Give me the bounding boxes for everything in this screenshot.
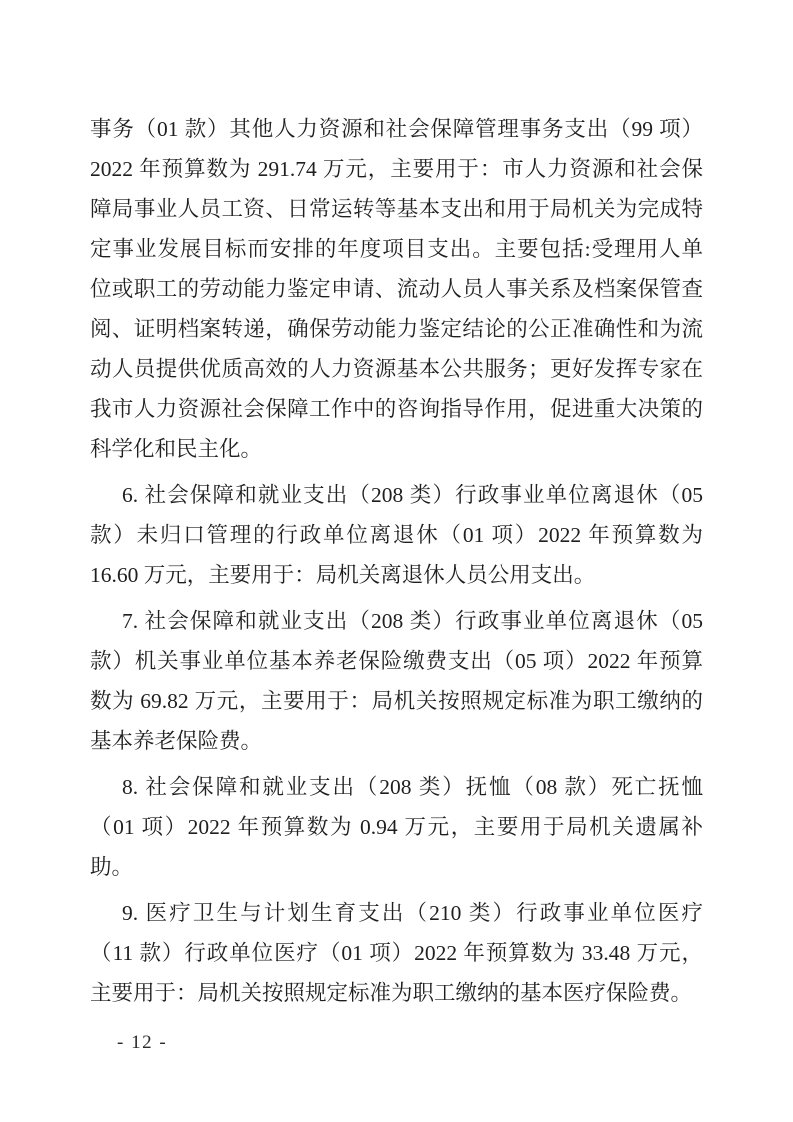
text-line: 定事业发展目标而安排的年度项目支出。主要包括:受理用人单 — [90, 229, 703, 269]
page-number: - 12 - — [117, 1032, 167, 1053]
text-line: （11 款）行政单位医疗（01 项）2022 年预算数为 33.48 万元， — [90, 933, 703, 973]
text-line: 9. 医疗卫生与计划生育支出（210 类）行政事业单位医疗 — [90, 893, 703, 933]
text-line: 款）机关事业单位基本养老保险缴费支出（05 项）2022 年预算 — [90, 641, 703, 681]
text-line: 事务（01 款）其他人力资源和社会保障管理事务支出（99 项） — [90, 109, 703, 149]
document-body: 事务（01 款）其他人力资源和社会保障管理事务支出（99 项）2022 年预算数… — [90, 109, 703, 1019]
document-page: 事务（01 款）其他人力资源和社会保障管理事务支出（99 项）2022 年预算数… — [0, 0, 793, 1122]
text-line: 6. 社会保障和就业支出（208 类）行政事业单位离退休（05 — [90, 475, 703, 515]
text-line: 16.60 万元，主要用于：局机关离退休人员公用支出。 — [90, 555, 703, 595]
paragraph: 9. 医疗卫生与计划生育支出（210 类）行政事业单位医疗（11 款）行政单位医… — [90, 893, 703, 1013]
paragraph: 6. 社会保障和就业支出（208 类）行政事业单位离退休（05款）未归口管理的行… — [90, 475, 703, 595]
text-line: 障局事业人员工资、日常运转等基本支出和用于局机关为完成特 — [90, 189, 703, 229]
text-line: 我市人力资源社会保障工作中的咨询指导作用，促进重大决策的 — [90, 389, 703, 429]
paragraph: 事务（01 款）其他人力资源和社会保障管理事务支出（99 项）2022 年预算数… — [90, 109, 703, 469]
page-footer: - 12 - — [117, 1032, 167, 1054]
text-line: 2022 年预算数为 291.74 万元，主要用于：市人力资源和社会保 — [90, 149, 703, 189]
text-line: 基本养老保险费。 — [90, 721, 703, 761]
text-line: 动人员提供优质高效的人力资源基本公共服务；更好发挥专家在 — [90, 349, 703, 389]
text-line: 7. 社会保障和就业支出（208 类）行政事业单位离退休（05 — [90, 601, 703, 641]
text-line: 位或职工的劳动能力鉴定申请、流动人员人事关系及档案保管查 — [90, 269, 703, 309]
text-line: （01 项）2022 年预算数为 0.94 万元，主要用于局机关遗属补 — [90, 807, 703, 847]
text-line: 阅、证明档案转递，确保劳动能力鉴定结论的公正准确性和为流 — [90, 309, 703, 349]
text-line: 科学化和民主化。 — [90, 429, 703, 469]
paragraph: 8. 社会保障和就业支出（208 类）抚恤（08 款）死亡抚恤（01 项）202… — [90, 767, 703, 887]
text-line: 8. 社会保障和就业支出（208 类）抚恤（08 款）死亡抚恤 — [90, 767, 703, 807]
text-line: 主要用于：局机关按照规定标准为职工缴纳的基本医疗保险费。 — [90, 973, 703, 1013]
text-line: 数为 69.82 万元，主要用于：局机关按照规定标准为职工缴纳的 — [90, 681, 703, 721]
text-line: 助。 — [90, 847, 703, 887]
text-line: 款）未归口管理的行政单位离退休（01 项）2022 年预算数为 — [90, 515, 703, 555]
paragraph: 7. 社会保障和就业支出（208 类）行政事业单位离退休（05款）机关事业单位基… — [90, 601, 703, 761]
